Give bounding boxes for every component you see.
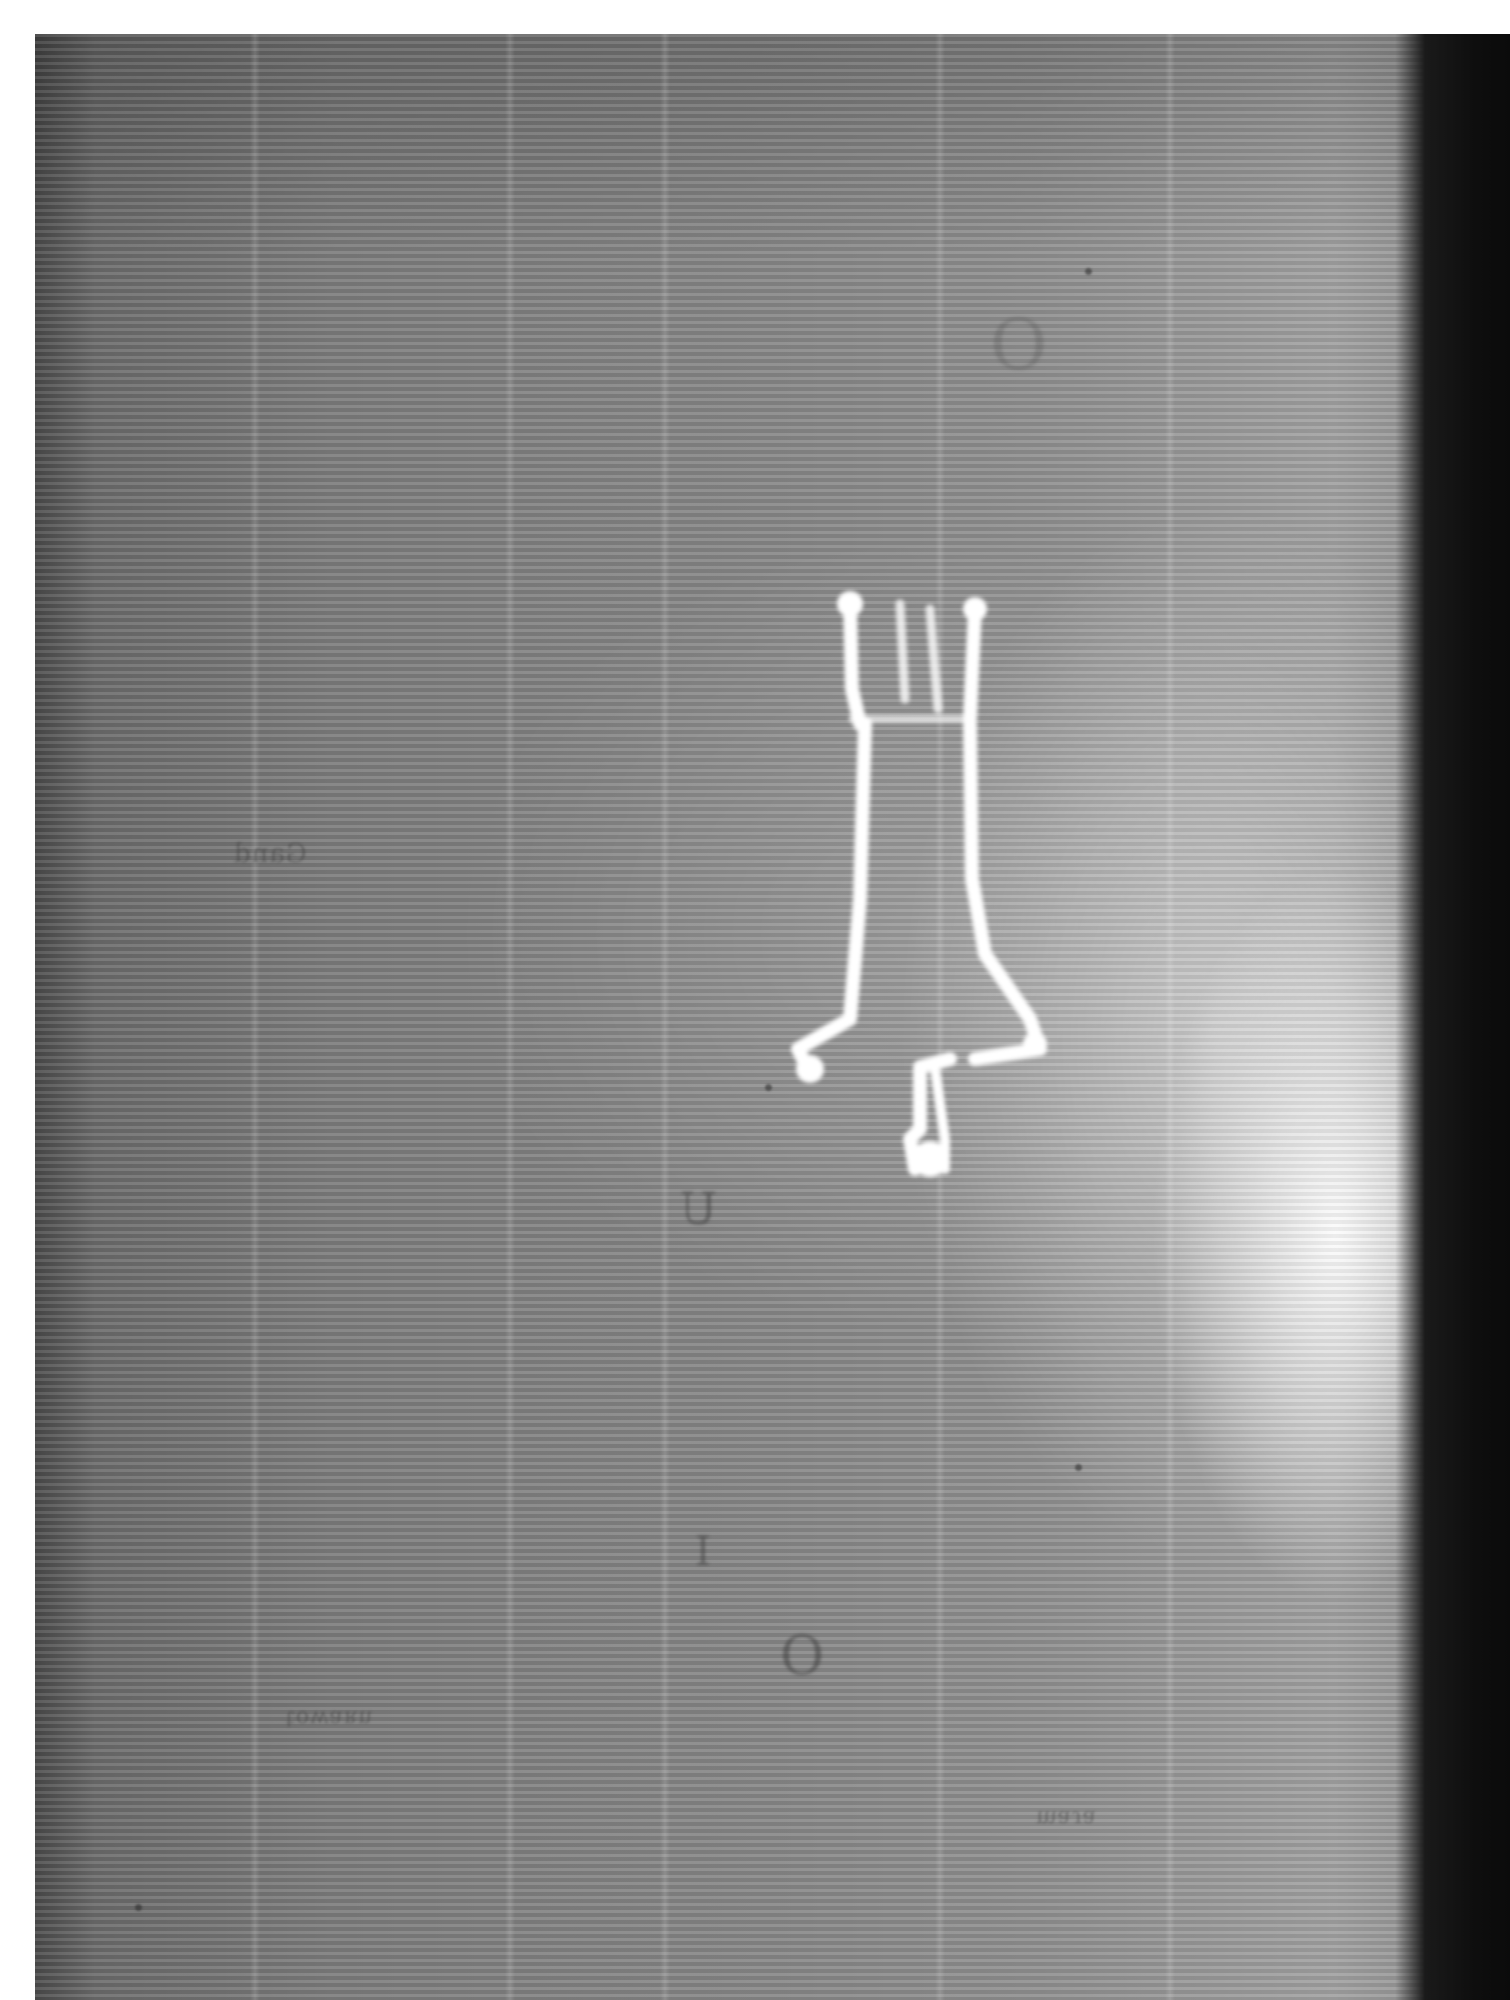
- bleed-through-text: ɐɾɐɯ: [1035, 1804, 1096, 1829]
- dark-edge-band: [1395, 34, 1510, 2000]
- chain-line: [1165, 34, 1175, 2000]
- bleed-through-text: Gand: [233, 839, 307, 869]
- chain-line: [660, 34, 670, 2000]
- bleed-through-glyph: O: [780, 1624, 824, 1687]
- faint-circle-mark: O: [990, 304, 1047, 386]
- bleed-through-glyph: U: [680, 1184, 717, 1235]
- paper-scan: Gand U O I uᴚɐʍoʇ ɐɾɐɯ O: [35, 34, 1510, 2000]
- chain-line: [505, 34, 515, 2000]
- paper-speck: [135, 1904, 142, 1911]
- paper-speck: [1075, 1464, 1082, 1471]
- paper-speck: [1085, 268, 1092, 275]
- crowned-bell-watermark-icon: [780, 579, 1140, 1299]
- chain-line: [250, 34, 260, 2000]
- bleed-through-text: uᴚɐʍoʇ: [285, 1704, 372, 1729]
- bleed-through-glyph: I: [695, 1529, 711, 1575]
- paper-speck: [765, 1084, 772, 1091]
